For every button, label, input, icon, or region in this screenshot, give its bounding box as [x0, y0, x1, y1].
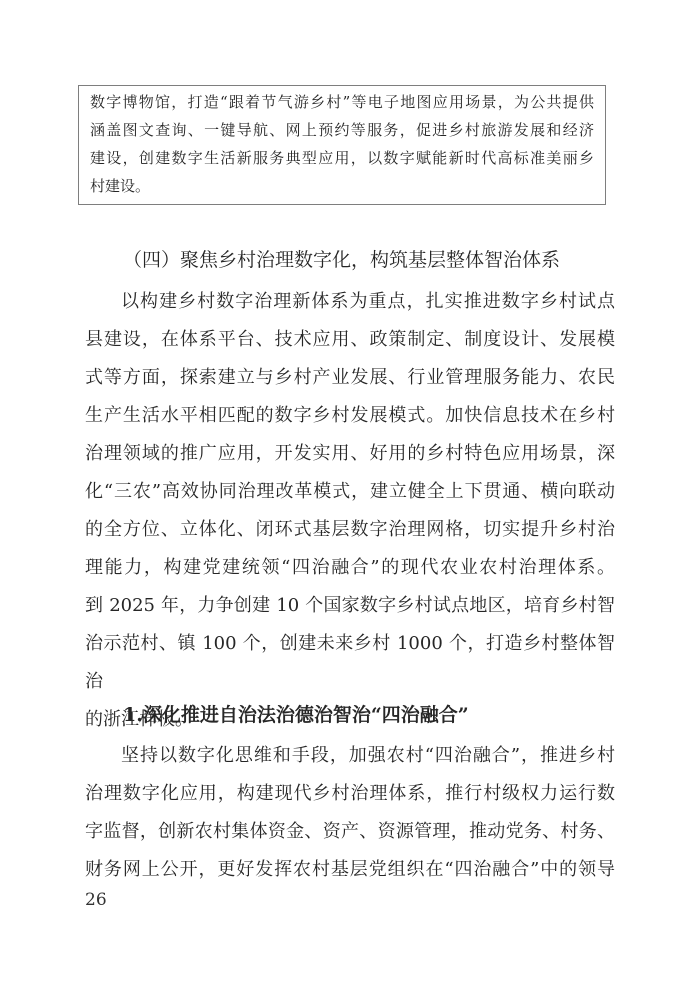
text-line: 县建设，在体系平台、技术应用、政策制定、制度设计、发展模 [85, 321, 615, 359]
text-line: 治理数字化应用，构建现代乡村治理体系，推行村级权力运行数 [85, 775, 615, 813]
text-line: 财务网上公开，更好发挥农村基层党组织在“四治融合”中的领导 [85, 851, 615, 889]
text-line: 的全方位、立体化、闭环式基层数字治理网格，切实提升乡村治 [85, 511, 615, 549]
page-number: 26 [85, 888, 107, 912]
text-line: 理能力，构建党建统领“四治融合”的现代农业农村治理体系。 [85, 549, 615, 587]
text-line: 化“三农”高效协同治理改革模式，建立健全上下贯通、横向联动 [85, 473, 615, 511]
text-line: 到 2025 年，力争创建 10 个国家数字乡村试点地区，培育乡村智 [85, 587, 615, 625]
text-line: 治理领域的推广应用，开发实用、好用的乡村特色应用场景，深 [85, 435, 615, 473]
text-line: 数字博物馆，打造“跟着节气游乡村”等电子地图应用场景，为公共提供 [90, 88, 594, 116]
text-line: 式等方面，探索建立与乡村产业发展、行业管理服务能力、农民 [85, 359, 615, 397]
text-line: 以构建乡村数字治理新体系为重点，扎实推进数字乡村试点 [85, 283, 615, 321]
text-line: 建设，创建数字生活新服务典型应用，以数字赋能新时代高标准美丽乡 [90, 144, 594, 172]
text-line: 生产生活水平相匹配的数字乡村发展模式。加快信息技术在乡村 [85, 397, 615, 435]
text-line: 治示范村、镇 100 个，创建未来乡村 1000 个，打造乡村整体智治 [85, 625, 615, 701]
sub-section-heading: 1.深化推进自治法治德治智治“四治融合” [85, 698, 615, 732]
text-line: 坚持以数字化思维和手段，加强农村“四治融合”，推进乡村 [85, 737, 615, 775]
text-line: 涵盖图文查询、一键导航、网上预约等服务，促进乡村旅游发展和经济 [90, 116, 594, 144]
text-line: 村建设。 [90, 172, 594, 200]
body-paragraph-1: 以构建乡村数字治理新体系为重点，扎实推进数字乡村试点县建设，在体系平台、技术应用… [85, 283, 615, 739]
boxed-paragraph: 数字博物馆，打造“跟着节气游乡村”等电子地图应用场景，为公共提供涵盖图文查询、一… [78, 85, 606, 205]
text-line: 字监督，创新农村集体资金、资产、资源管理，推动党务、村务、 [85, 813, 615, 851]
document-page: 数字博物馆，打造“跟着节气游乡村”等电子地图应用场景，为公共提供涵盖图文查询、一… [0, 0, 700, 990]
body-paragraph-2: 坚持以数字化思维和手段，加强农村“四治融合”，推进乡村治理数字化应用，构建现代乡… [85, 737, 615, 889]
section-heading: （四）聚焦乡村治理数字化，构筑基层整体智治体系 [85, 240, 615, 280]
